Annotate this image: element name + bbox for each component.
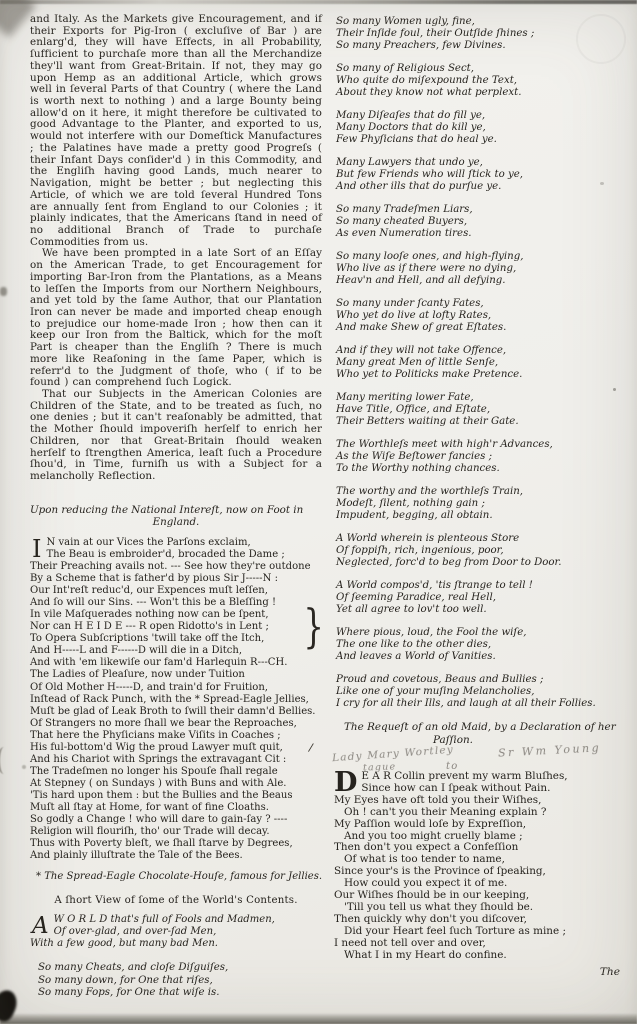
margin-mark [0, 287, 7, 296]
verse-line: As even Numeration tires. [336, 228, 622, 240]
verse-line: So many of Religious Sect, [336, 63, 622, 75]
verse-line: Modeſt, ſilent, nothing gain ; [336, 498, 622, 510]
verse-line: The Beau is embroider'd, brocaded the Da… [30, 549, 322, 561]
verse-line: Muſt be glad of Leak Broth to ſwill thei… [30, 706, 322, 718]
left-column: and Italy. As the Markets give Encourage… [30, 14, 322, 1000]
paper-speck [22, 765, 26, 769]
right-column: So many Women ugly, fine,Their Inſide fo… [334, 16, 622, 978]
verse-line: My Paſſion would loſe by Expreſſion, [334, 819, 622, 831]
verse-line: And if they will not take Offence, [336, 345, 622, 357]
verse-line: So many under ſcanty Fates, [336, 298, 622, 310]
verse-line: And leaves a World of Vanities. [336, 651, 622, 663]
verse-line: And H-----L and F------D will die in a D… [30, 645, 322, 657]
verse-line: Then quickly why don't you diſcover, [334, 914, 622, 926]
section-heading-worlds-contents: A ſhort View of ſome of the World's Cont… [30, 895, 322, 906]
verse-line: Who yet do live at lofty Rates, [336, 310, 622, 322]
stanza: A World compos'd, 'tis ſtrange to tell !… [336, 580, 622, 616]
stanza: The Worthleſs meet with high'r Advances,… [336, 439, 622, 475]
verse-line: The worthy and the worthleſs Train, [336, 486, 622, 498]
poem-request: D E A R Collin prevent my warm Bluſhes,S… [334, 771, 622, 962]
verse-line: A World wherein is plenteous Store [336, 533, 622, 545]
verse-line: Who quite do miſexpound the Text, [336, 75, 622, 87]
poem-world: A W O R L D that's full of Fools and Mad… [30, 914, 322, 950]
verse-line: To Opera Subſcriptions 'twill take off t… [30, 633, 322, 645]
stanza: So many looſe ones, and high-flying,Who … [336, 251, 622, 287]
verse-line: The Ladies of Pleaſure, now under Tuitio… [30, 669, 322, 681]
verse-line: To the Worthy nothing chances. [336, 463, 622, 475]
verse-line: So many down, for One that riſes, [38, 975, 322, 987]
verse-line: So many Fops, for One that wiſe is. [38, 987, 322, 999]
verse-line: Many Lawyers that undo ye, [336, 157, 622, 169]
heading-line: Upon reducing the National Intereſt, now… [30, 504, 322, 517]
verse-line: And plainly illuſtrate the Tale of the B… [30, 850, 322, 862]
verse-line: At Stepney ( on Sundays ) with Buns and … [30, 778, 322, 790]
verse-line: The Worthleſs meet with high'r Advances, [336, 439, 622, 451]
drop-cap: I [32, 539, 41, 559]
verse-line: Of over-glad, and over-ſad Men, [30, 926, 322, 938]
verse-line: Did your Heart feel ſuch Torture as mine… [344, 926, 622, 938]
verse-line: So many Tradeſmen Liars, [336, 204, 622, 216]
verse-line: The one like to the other dies, [336, 639, 622, 651]
stanza: Many Lawyers that undo ye,But few Friend… [336, 157, 622, 193]
verse-line: So many Cheats, and cloſe Diſguiſes, [38, 962, 322, 974]
verse-line: Many Diſeaſes that do fill ye, [336, 110, 622, 122]
verse-line: As the Wiſe Beſtower fancies ; [336, 451, 622, 463]
verse-line: And with 'em likewiſe our fam'd Harlequi… [30, 657, 322, 669]
verse-line: With a few good, but many bad Men. [30, 938, 322, 950]
verse-line: Like one of your muſing Melancholies, [336, 686, 622, 698]
verse-line: Their Preaching avails not. --- See how … [30, 561, 322, 573]
verse-line: And his Chariot with Springs the extrava… [30, 754, 322, 766]
verse-line: And ſo will our Sins. --- Won't this be … [30, 597, 322, 609]
poem-national-interest: I N vain at our Vices the Parſons exclai… [30, 537, 322, 862]
verse-line: Many meriting lower Fate, [336, 392, 622, 404]
verse-line: In vile Maſquerades nothing now can be ſ… [30, 609, 322, 621]
verse-line: And other ills that do purſue ye. [336, 181, 622, 193]
verse-line: Our Int'reſt reduc'd, our Expences muſt … [30, 585, 322, 597]
verse-line: By a Scheme that is father'd by pious Si… [30, 573, 322, 585]
verse-line: Inſtead of Rack Punch, with the * Spread… [30, 694, 322, 706]
verse-line: Heav'n and Hell, and all defying. [336, 275, 622, 287]
verse-line: Of ſeeming Paradice, real Hell, [336, 592, 622, 604]
verse-line: Impudent, begging, all obtain. [336, 510, 622, 522]
verse-line: Few Phyſicians that do heal ye. [336, 134, 622, 146]
verse-line: Where pious, loud, the Fool the wiſe, [336, 627, 622, 639]
section-heading-national-interest: Upon reducing the National Intereſt, now… [30, 504, 322, 529]
verse-line: Nor can H E I D E --- R open Ridotto's i… [30, 621, 322, 633]
prose-paragraph-trade: and Italy. As the Markets give Encourage… [30, 14, 322, 248]
verse-line: His ful-bottom'd Wig the proud Lawyer mu… [30, 742, 322, 754]
verse-line: Their Betters waiting at their Gate. [336, 416, 622, 428]
verse-line: Of foppiſh, rich, ingenious, poor, [336, 545, 622, 557]
verse-line: Thus with Poverty bleſt, we ſhall ſtarve… [30, 838, 322, 850]
prose-paragraph-colonies: That our Subjects in the American Coloni… [30, 389, 322, 483]
verse-line: Muſt all ſtay at Home, for want of fine … [30, 802, 322, 814]
verse-line: My Eyes have oft told you their Wiſhes, [334, 795, 622, 807]
verse-line: About they know not what perplext. [336, 87, 622, 99]
verse-line: N vain at our Vices the Parſons exclaim, [30, 537, 322, 549]
stanza: So many under ſcanty Fates,Who yet do li… [336, 298, 622, 334]
verse-line: So godly a Change ! who will dare to gai… [30, 814, 322, 826]
verse-line: Proud and covetous, Beaus and Bullies ; [336, 674, 622, 686]
verse-line: Of Strangers no more ſhall we bear the R… [30, 718, 322, 730]
verse-triplet-brace: } [303, 603, 323, 649]
scan-edge-top [0, 0, 637, 4]
verse-line: But few Friends who will ſtick to ye, [336, 169, 622, 181]
stanza: A World wherein is plenteous StoreOf fop… [336, 533, 622, 569]
verse-line: What I in my Heart do confine. [344, 950, 622, 962]
verse-line: W O R L D that's full of Fools and Madme… [30, 914, 322, 926]
poem-lines: N vain at our Vices the Parſons exclaim,… [30, 537, 322, 862]
verse-line: The Tradeſmen no longer his Spouſe ſhall… [30, 766, 322, 778]
heading-line: The Requeſt of an old Maid, by a Declara… [344, 721, 622, 734]
stanza-so-many-cheats: So many Cheats, and cloſe Diſguiſes,So m… [38, 962, 322, 999]
footnote-spread-eagle: * The Spread-Eagle Chocolate-Houſe, famo… [36, 871, 322, 882]
verse-line: I need not tell over and over, [334, 938, 622, 950]
stanza: Many Diſeaſes that do fill ye,Many Docto… [336, 110, 622, 146]
verse-line: So many cheated Buyers, [336, 216, 622, 228]
drop-cap: A [32, 916, 49, 936]
paper-watermark [576, 14, 626, 64]
paper-speck [613, 388, 616, 391]
prose-paragraph-essay: We have been prompted in a late Sort of … [30, 248, 322, 389]
stanza: And if they will not take Offence,Many g… [336, 345, 622, 381]
handwritten-annotation-to: to [446, 761, 458, 772]
poem-lines: W O R L D that's full of Fools and Madme… [30, 914, 322, 950]
drop-cap: D [334, 772, 357, 794]
verse-line: That here the Phyſicians make Viſits in … [30, 730, 322, 742]
verse-line: Have Title, Office, and Eſtate, [336, 404, 622, 416]
stanza: Many meriting lower Fate,Have Title, Off… [336, 392, 622, 428]
verse-line: Many Doctors that do kill ye, [336, 122, 622, 134]
stanza: The worthy and the worthleſs Train,Modeſ… [336, 486, 622, 522]
poem-lines: E A R Collin prevent my warm Bluſhes,Sin… [334, 771, 622, 962]
stanza: So many of Religious Sect,Who quite do m… [336, 63, 622, 99]
verse-line: Who live as if there were no dying, [336, 263, 622, 275]
stanza: Where pious, loud, the Fool the wiſe,The… [336, 627, 622, 663]
verse-line: Of Old Mother H-----D, and train'd for F… [30, 682, 322, 694]
catchword: The [334, 966, 622, 978]
scan-edge-bottom [0, 1013, 637, 1024]
stanza: So many Tradeſmen Liars,So many cheated … [336, 204, 622, 240]
verse-line: And make Shew of great Eſtates. [336, 322, 622, 334]
verse-line: Neglected, forc'd to beg from Door to Do… [336, 557, 622, 569]
paper-speck [600, 182, 604, 185]
handwritten-annotation-sender-2: tague [363, 761, 397, 773]
verse-line: Who yet to Politicks make Pretence. [336, 369, 622, 381]
verse-line: Oh ! can't you their Meaning explain ? [344, 807, 622, 819]
verse-line: I cry for all their Ills, and laugh at a… [336, 698, 622, 710]
verse-line: Yet all agree to lov't too well. [336, 604, 622, 616]
verse-line: Religion will flouriſh, tho' our Trade w… [30, 826, 322, 838]
verse-line: 'Tis hard upon them : but the Bullies an… [30, 790, 322, 802]
verse-line: So many looſe ones, and high-flying, [336, 251, 622, 263]
stanza: Proud and covetous, Beaus and Bullies ;L… [336, 674, 622, 710]
verse-line: Many great Men of little Senſe, [336, 357, 622, 369]
verse-line: A World compos'd, 'tis ſtrange to tell ! [336, 580, 622, 592]
heading-line: England. [30, 516, 322, 529]
document-page: and Italy. As the Markets give Encourage… [0, 0, 637, 1024]
margin-mark [0, 747, 11, 774]
